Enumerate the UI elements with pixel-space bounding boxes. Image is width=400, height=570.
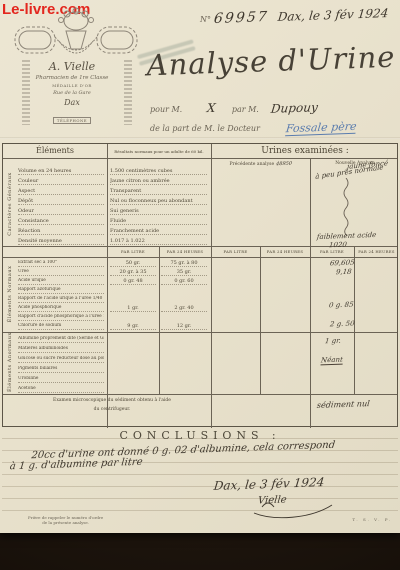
normal-value: Sui generis [110, 208, 207, 215]
col-header-elements: Éléments [3, 146, 107, 155]
microscope-note: Examen microscopique du sédiment obtenu … [17, 396, 207, 414]
pharmacist-city: Dax [30, 98, 114, 107]
date-line: Dax, le 3 fév 1924 [278, 8, 388, 22]
hw-phosphorique-result: 0 g. 85 [329, 301, 354, 310]
grid-line [3, 394, 397, 395]
normal-value: Nul ou floconneux peu abondant [110, 198, 207, 205]
hw-chlorure-result: 2 g. 50 [330, 320, 355, 329]
conclusions-section: CONCLUSIONS : 20cc d'urine ont donné 0 g… [2, 427, 398, 513]
tsvp-note: T. S. V. P. [352, 517, 392, 522]
table-row: Urobiline [3, 374, 397, 384]
row-label: Glucose ou sucre réducteur dosé au polar… [18, 356, 104, 363]
analysis-number: N° 69957 [200, 10, 268, 26]
conclusions-heading: CONCLUSIONS : [2, 429, 398, 442]
row-label: Couleur [18, 178, 104, 185]
table-row: OdeurSui generis [3, 206, 397, 216]
normal-per-litre: 50 gr. [110, 260, 156, 267]
normal-per-litre: 9 gr. [110, 323, 156, 330]
row-label: Chlorure de sodium [18, 323, 104, 330]
pour-prefix: pour M. [150, 105, 182, 114]
patient-name: X [206, 101, 216, 115]
footer-note: Prière de rappeler le numéro d'ordre de … [28, 515, 103, 525]
row-label: Albumine proprement dite (Sérine et Glob… [18, 336, 104, 343]
telephone-box: TÉLÉPHONE [53, 117, 91, 124]
microscope-note-line2: du centrifugeur. [17, 405, 207, 414]
row-label: Rapport azoturique [18, 287, 104, 294]
microscope-note-line1: Examen microscopique du sédiment obtenu … [17, 396, 207, 405]
table-row: Acétone [3, 384, 397, 394]
normal-per-24h: 2 gr. 40 [161, 305, 207, 312]
unit-per-litre: PAR LITRE [212, 247, 259, 257]
document-paper: Le-livre.com A. Vielle Pharmacien de 1re… [0, 0, 400, 533]
row-label: Aspect [18, 188, 104, 195]
analysis-table: Éléments Résultats normaux pour un adult… [2, 143, 398, 427]
row-label: Urobiline [18, 376, 104, 383]
letterhead-text: A. Vielle Pharmacien de 1re Classe MÉDAI… [30, 60, 114, 126]
signature: Vielle [258, 491, 286, 507]
par-prefix: par M. [232, 105, 259, 114]
normal-value: 1.500 centimètres cubes [110, 168, 207, 175]
normal-per-24h: 75 gr. à 80 [161, 260, 207, 267]
row-label: Acide urique [18, 278, 104, 285]
normal-per-litre: 0 gr. 48 [110, 278, 156, 285]
table-row: ConsistanceFluide [3, 216, 397, 226]
row-label: Densité moyenne [18, 238, 104, 245]
unit-per-24h: PAR 24 HEURES [261, 247, 309, 257]
normal-per-24h: 12 gr. [161, 323, 207, 330]
pharmacist-name: A. Vielle [30, 60, 114, 73]
normal-per-24h: 35 gr. [161, 269, 207, 276]
conclusion-line2: à 1 g. d'albumine par litre [9, 457, 143, 473]
row-label: Extrait sec à 100° [18, 260, 104, 267]
number-value: 69957 [213, 9, 269, 27]
row-label: Dépôt [18, 198, 104, 205]
hw-albumine-result: 1 gr. [325, 337, 342, 346]
fold-crease [0, 137, 400, 139]
grid-line [3, 158, 397, 159]
normal-per-litre: 20 gr. à 35 [110, 269, 156, 276]
doctor-name: Fossale père [286, 120, 358, 136]
unit-per-litre: PAR LITRE [108, 247, 158, 257]
hw-sediment-result: sédiment nul [316, 399, 370, 410]
table-row: Matières albuminoïdes [3, 344, 397, 354]
hw-densite-result: 1020 [329, 241, 348, 250]
number-label: N° [200, 15, 211, 24]
unit-per-24h: PAR 24 HEURES [355, 247, 398, 257]
hw-glucose-result: Néant [320, 356, 343, 366]
row-label: Acétone [18, 386, 104, 393]
requester-name: Dupouy [271, 100, 319, 116]
normal-per-24h: 0 gr. 60 [161, 278, 207, 285]
row-label: Rapport de l'acide urique à l'urée 1/40 [18, 296, 104, 303]
row-label: Acide phosphorique [18, 305, 104, 312]
table-row: Pigments biliaires [3, 364, 397, 374]
table-row: DépôtNul ou floconneux peu abondant [3, 196, 397, 206]
col-header-urines: Urines examinées : [211, 146, 399, 156]
row-label: Consistance [18, 218, 104, 225]
date-value: Dax, le 3 fév 1924 [277, 6, 389, 24]
pharmacist-award: MÉDAILLE D'OR [30, 83, 114, 88]
doctor-prefix: de la part de M. le Docteur [150, 124, 260, 133]
table-row: AspectTransparent [3, 186, 397, 196]
normal-value: Jaune citron ou ambrée [110, 178, 207, 185]
row-label: Urée [18, 269, 104, 276]
normal-value: Transparent [110, 188, 207, 195]
row-label: Odeur [18, 208, 104, 215]
pharmacist-title: Pharmacien de 1re Classe [30, 75, 114, 81]
col-header-normals: Résultats normaux pour un adulte de 60 k… [108, 149, 210, 154]
patient-line: pour M. X par M. Dupouy [150, 101, 396, 115]
row-label: Rapport d'acide phosphorique à l'urée 1/… [18, 314, 104, 321]
row-label: Pigments biliaires [18, 366, 104, 373]
grid-line [3, 332, 397, 333]
normal-per-litre: 1 gr. [110, 305, 156, 312]
unit-per-24h: PAR 24 HEURES [160, 247, 210, 257]
hw-extrait-result: 69,605 [330, 259, 355, 268]
doctor-line: de la part de M. le Docteur Fossale père [150, 121, 396, 135]
row-label: Matières albuminoïdes [18, 346, 104, 353]
brace-squiggle [341, 178, 351, 236]
normal-value: 1.017 à 1.022 [110, 238, 207, 245]
row-label: Réaction [18, 228, 104, 235]
normal-value: Fluide [110, 218, 207, 225]
normal-value: Franchement acide [110, 228, 207, 235]
signature-flourish [252, 501, 338, 521]
pharmacist-address: Rue de la Gare [30, 90, 114, 96]
row-label: Volume en 24 heures [18, 168, 104, 175]
footer-note-line2: de la présente analyse. [28, 520, 103, 525]
hw-uree-result: 9,18 [336, 268, 353, 277]
